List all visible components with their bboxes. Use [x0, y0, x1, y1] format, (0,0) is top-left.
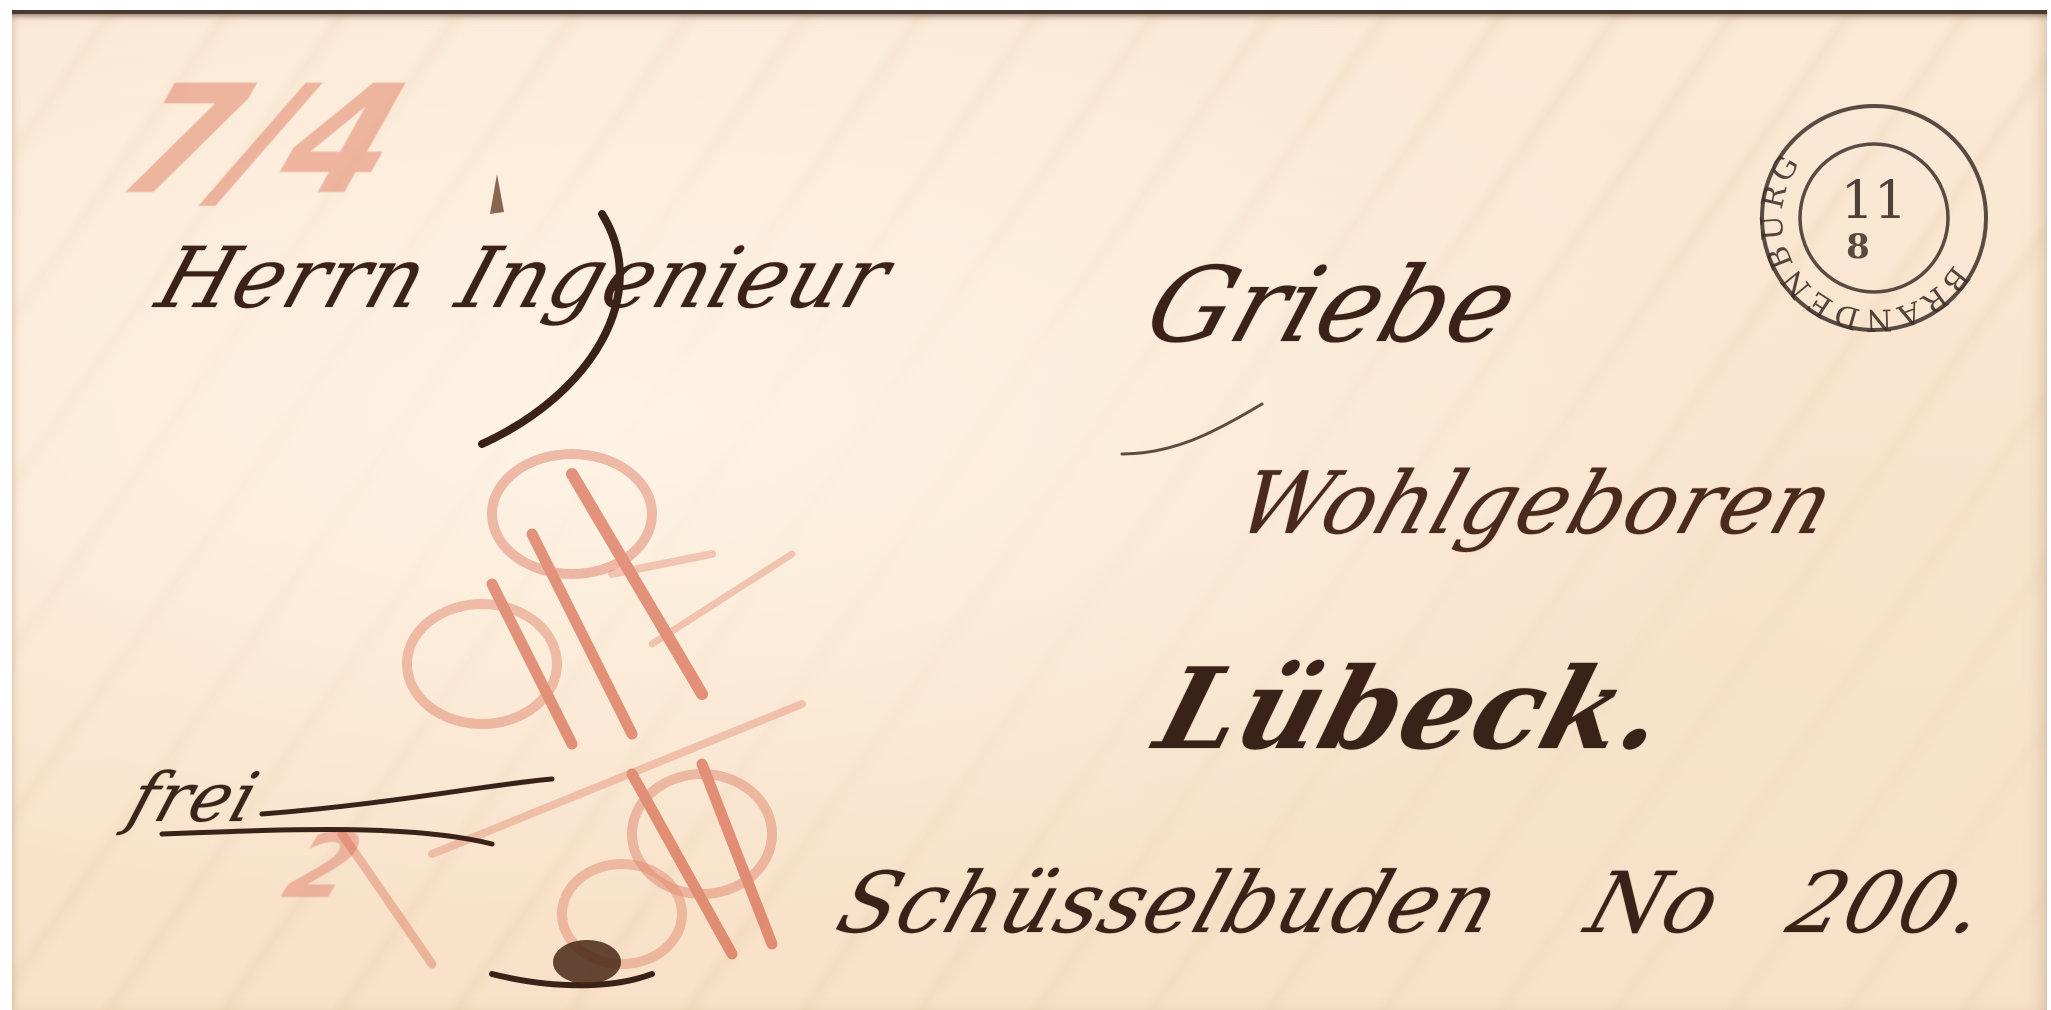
marks-overlay [12, 14, 2047, 1010]
ink-flourishes [162, 214, 1262, 985]
ink-blot [553, 940, 621, 984]
crayon-crossed-marks [342, 454, 802, 964]
ink-speck [490, 174, 504, 214]
letter-cover: 7/4 BRANDENBURG 11 8 Herrn Ingenieur Gri… [12, 10, 2047, 1010]
